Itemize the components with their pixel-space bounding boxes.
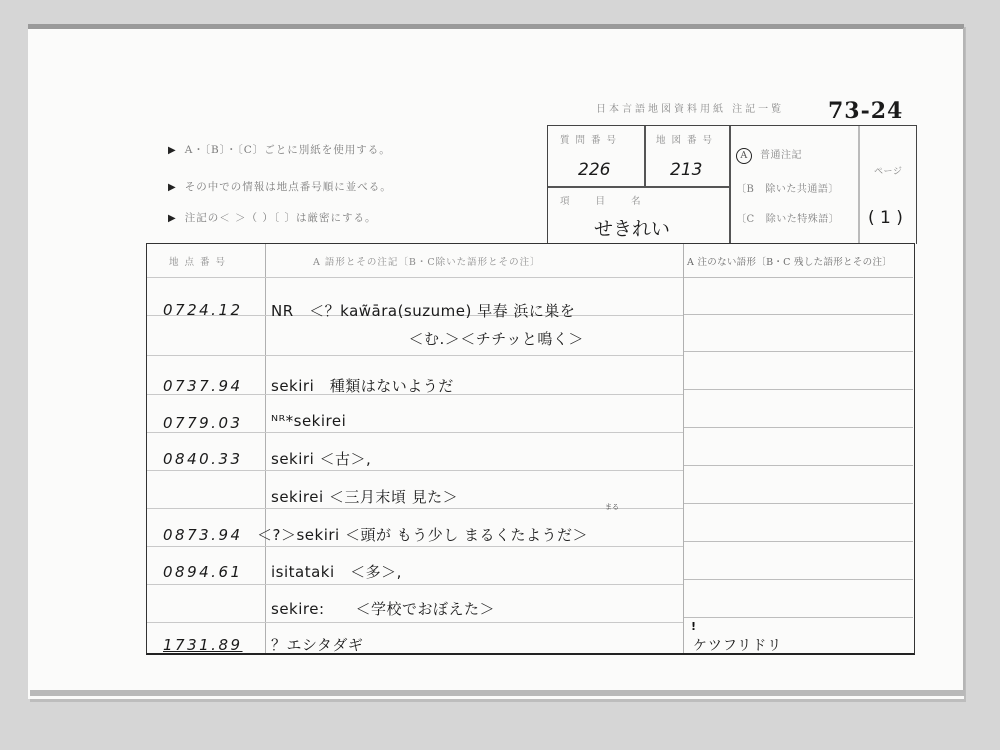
column-divider xyxy=(683,244,684,653)
row-text: sekirei ＜三月末頃 見た＞ xyxy=(271,486,458,507)
question-number-label: 質問番号 xyxy=(560,132,622,146)
map-number-label: 地図番号 xyxy=(656,132,718,146)
exclamation-mark: ! xyxy=(691,620,696,633)
triangle-bullet-icon: ▶ xyxy=(168,145,177,156)
ruled-line xyxy=(684,617,913,618)
ruled-line xyxy=(147,355,683,356)
ruled-line xyxy=(684,541,913,542)
question-number-value: 226 xyxy=(578,160,610,180)
ruled-line xyxy=(147,546,683,547)
annotation-type-c: 〔C 除いた特殊語〕 xyxy=(736,210,839,225)
ruled-line xyxy=(684,427,913,428)
unannotated-form: ケツフリドリ xyxy=(693,635,782,655)
row-text: sekiri ＜古＞, xyxy=(271,448,371,469)
annotation-type-b: 〔B 除いた共通語〕 xyxy=(736,180,839,195)
ruled-line xyxy=(147,277,683,278)
divider xyxy=(729,126,731,244)
column-header-location: 地点番号 xyxy=(169,254,231,268)
card-edge xyxy=(963,28,965,690)
item-name-value: せきれい xyxy=(594,214,670,241)
location-number: 0737.94 xyxy=(163,377,243,395)
location-number: 0894.61 xyxy=(163,563,243,581)
ruled-line xyxy=(684,389,913,390)
map-number-value: 213 xyxy=(670,160,702,180)
divider xyxy=(644,126,646,187)
ruled-line xyxy=(684,277,913,278)
ruled-line xyxy=(147,508,683,509)
circled-a-icon: A xyxy=(736,148,752,164)
row-text: NR ＜？kaw̃āra(suzume) 早春 浜に巣を xyxy=(271,300,575,321)
location-number: 0840.33 xyxy=(163,450,243,468)
ruled-line xyxy=(684,503,913,504)
notes-table: 地点番号 A 語形とその注記〔B・C除いた語形とその注〕 A 注のない語形〔B・… xyxy=(146,243,915,655)
ruled-line xyxy=(684,579,913,580)
ruled-line xyxy=(147,470,683,471)
page-label: ページ xyxy=(874,164,902,177)
row-text: ？エシタダギ xyxy=(271,634,363,655)
triangle-bullet-icon: ▶ xyxy=(168,182,177,193)
row-text: sekire: ＜学校でおぼえた＞ xyxy=(271,598,495,619)
divider xyxy=(858,126,860,244)
instruction-item: ▶その中での情報は地点番号順に並べる。 xyxy=(168,179,392,194)
row-text: sekiri 種類はないようだ xyxy=(271,375,454,396)
annotation-type-a: A普通注記 xyxy=(736,146,802,164)
insertion-note: まる xyxy=(605,502,619,512)
ruled-line xyxy=(684,314,913,315)
row-text: ＜む.＞＜チチッと鳴く＞ xyxy=(331,328,584,349)
location-number: 1731.89 xyxy=(163,636,243,654)
ruled-line xyxy=(147,584,683,585)
column-header-unannotated: A 注のない語形〔B・C 残した語形とその注〕 xyxy=(687,254,892,268)
row-text: isitataki ＜多＞, xyxy=(271,561,402,582)
row-text: ＜?＞sekiri ＜頭が もう少し まるくたようだ＞ xyxy=(257,524,588,545)
ruled-line xyxy=(684,465,913,466)
location-number: 0779.03 xyxy=(163,414,243,432)
header-box: 質問番号 226 地図番号 213 項目名 せきれい A普通注記 〔B 除いた共… xyxy=(547,125,917,244)
column-header-form-notes: A 語形とその注記〔B・C除いた語形とその注〕 xyxy=(313,254,541,268)
row-text: ᴺᴿ*sekirei xyxy=(271,412,346,430)
location-number: 0873.94 xyxy=(163,526,243,544)
instruction-item: ▶A・〔B〕・〔C〕ごとに別紙を使用する。 xyxy=(168,142,391,157)
column-divider xyxy=(265,244,266,653)
triangle-bullet-icon: ▶ xyxy=(168,213,177,224)
instruction-item: ▶注記の＜ ＞（ ）〔 〕は厳密にする。 xyxy=(168,210,376,225)
divider xyxy=(548,186,730,188)
form-title: 日本言語地図資料用紙 注記一覧 xyxy=(596,100,784,115)
item-name-label: 項目名 xyxy=(560,193,667,207)
card-shadow xyxy=(30,690,965,696)
location-number: 0724.12 xyxy=(163,301,243,319)
ruled-line xyxy=(147,432,683,433)
page-value: ( 1 ) xyxy=(868,208,903,228)
ruled-line xyxy=(147,622,683,623)
form-code: 73-24 xyxy=(828,98,903,124)
ruled-line xyxy=(684,351,913,352)
